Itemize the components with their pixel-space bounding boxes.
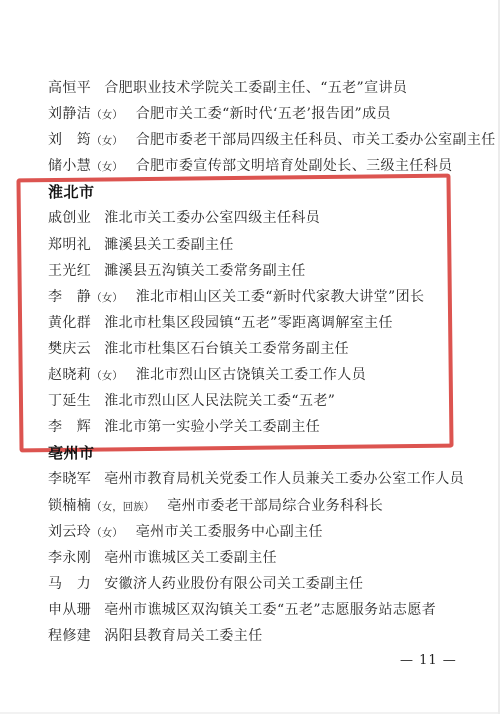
gender-ethnicity-note: （女） (91, 135, 123, 147)
roster-row: 刘静洁（女）合肥市关工委“新时代‘五老’报告团”成员 (48, 101, 482, 127)
roster-row: 刘 筠（女）合肥市委老干部局四级主任科员、市关工委办公室副主任 (48, 127, 482, 153)
person-name: 樊庆云 (48, 336, 91, 362)
person-title: 合肥市关工委“新时代‘五老’报告团”成员 (136, 106, 391, 122)
person-name: 李永刚 (48, 545, 91, 571)
gender-ethnicity-note: （女） (91, 292, 123, 304)
person-title: 淮北市杜集区石台镇关工委常务副主任 (104, 341, 349, 357)
roster-list: 高恒平合肥职业技术学院关工委副主任、“五老”宣讲员刘静洁（女）合肥市关工委“新时… (48, 75, 482, 649)
gender-ethnicity-note: （女） (91, 161, 123, 173)
roster-row: 黄化群淮北市杜集区段园镇“五老”零距离调解室主任 (48, 310, 482, 336)
roster-row: 程修建涡阳县教育局关工委主任 (48, 623, 482, 649)
person-name: 丁延生 (48, 388, 91, 414)
person-title: 亳州市谯城区双沟镇关工委“五老”志愿服务站志愿者 (104, 602, 436, 618)
person-title: 合肥市委老干部局四级主任科员、市关工委办公室副主任 (136, 132, 496, 148)
roster-row: 戚创业淮北市关工委办公室四级主任科员 (48, 205, 482, 231)
gender-ethnicity-note: （女，回族） (91, 501, 154, 513)
person-name: 申从珊 (48, 597, 91, 623)
person-title: 亳州市教育局机关党委工作人员兼关工委办公室工作人员 (104, 471, 464, 487)
roster-row: 李永刚亳州市谯城区关工委副主任 (48, 545, 482, 571)
person-name: 李 辉 (48, 414, 91, 440)
roster-row: 马 力安徽济人药业股份有限公司关工委副主任 (48, 571, 482, 597)
person-name: 刘 筠 (48, 127, 91, 153)
gender-ethnicity-note: （女） (91, 370, 123, 382)
person-title: 涡阳县教育局关工委主任 (104, 628, 262, 644)
roster-row: 王光红濉溪县五沟镇关工委常务副主任 (48, 258, 482, 284)
gender-ethnicity-note: （女） (91, 527, 123, 539)
person-name: 李 静 (48, 284, 91, 310)
roster-row: 李晓军亳州市教育局机关党委工作人员兼关工委办公室工作人员 (48, 466, 482, 492)
person-name: 李晓军 (48, 466, 91, 492)
person-title: 亳州市关工委服务中心副主任 (136, 524, 323, 540)
person-title: 淮北市关工委办公室四级主任科员 (104, 210, 320, 226)
person-name: 程修建 (48, 623, 91, 649)
person-name: 刘静洁 (48, 101, 91, 127)
person-name: 戚创业 (48, 205, 91, 231)
roster-row: 李 静（女）淮北市相山区关工委“新时代家教大讲堂”团长 (48, 284, 482, 310)
person-title: 濉溪县关工委副主任 (104, 237, 234, 253)
page-number: — 11 — (400, 653, 457, 668)
person-title: 淮北市相山区关工委“新时代家教大讲堂”团长 (136, 289, 425, 305)
roster-row: 储小慧（女）合肥市委宣传部文明培育处副处长、三级主任科员 (48, 153, 482, 179)
person-title: 淮北市第一实验小学关工委副主任 (104, 419, 320, 435)
person-title: 濉溪县五沟镇关工委常务副主任 (104, 263, 306, 279)
person-title: 淮北市烈山区人民法院关工委“五老” (104, 393, 335, 409)
person-title: 淮北市烈山区古饶镇关工委工作人员 (136, 367, 366, 383)
gender-ethnicity-note: （女） (91, 109, 123, 121)
roster-row: 申从珊亳州市谯城区双沟镇关工委“五老”志愿服务站志愿者 (48, 597, 482, 623)
document-page: 高恒平合肥职业技术学院关工委副主任、“五老”宣讲员刘静洁（女）合肥市关工委“新时… (0, 0, 500, 714)
roster-row: 樊庆云淮北市杜集区石台镇关工委常务副主任 (48, 336, 482, 362)
person-name: 高恒平 (48, 75, 91, 101)
person-name: 马 力 (48, 571, 91, 597)
person-name: 刘云玲 (48, 519, 91, 545)
roster-row: 锁楠楠（女，回族）亳州市委老干部局综合业务科科长 (48, 493, 482, 519)
roster-row: 刘云玲（女）亳州市关工委服务中心副主任 (48, 519, 482, 545)
person-title: 安徽济人药业股份有限公司关工委副主任 (104, 576, 363, 592)
roster-row: 郑明礼濉溪县关工委副主任 (48, 232, 482, 258)
person-name: 黄化群 (48, 310, 91, 336)
section-header-normal: 亳州市 (48, 440, 482, 466)
person-name: 储小慧 (48, 153, 91, 179)
person-title: 合肥市委宣传部文明培育处副处长、三级主任科员 (136, 158, 453, 174)
roster-row: 高恒平合肥职业技术学院关工委副主任、“五老”宣讲员 (48, 75, 482, 101)
person-name: 郑明礼 (48, 232, 91, 258)
person-title: 亳州市委老干部局综合业务科科长 (167, 498, 383, 514)
person-title: 淮北市杜集区段园镇“五老”零距离调解室主任 (104, 315, 393, 331)
person-title: 合肥职业技术学院关工委副主任、“五老”宣讲员 (104, 80, 407, 96)
person-title: 亳州市谯城区关工委副主任 (104, 550, 277, 566)
section-header-highlighted: 淮北市 (48, 179, 482, 205)
person-name: 王光红 (48, 258, 91, 284)
roster-row: 丁延生淮北市烈山区人民法院关工委“五老” (48, 388, 482, 414)
person-name: 锁楠楠 (48, 493, 91, 519)
person-name: 赵晓莉 (48, 362, 91, 388)
roster-row: 赵晓莉（女）淮北市烈山区古饶镇关工委工作人员 (48, 362, 482, 388)
roster-row: 李 辉淮北市第一实验小学关工委副主任 (48, 414, 482, 440)
